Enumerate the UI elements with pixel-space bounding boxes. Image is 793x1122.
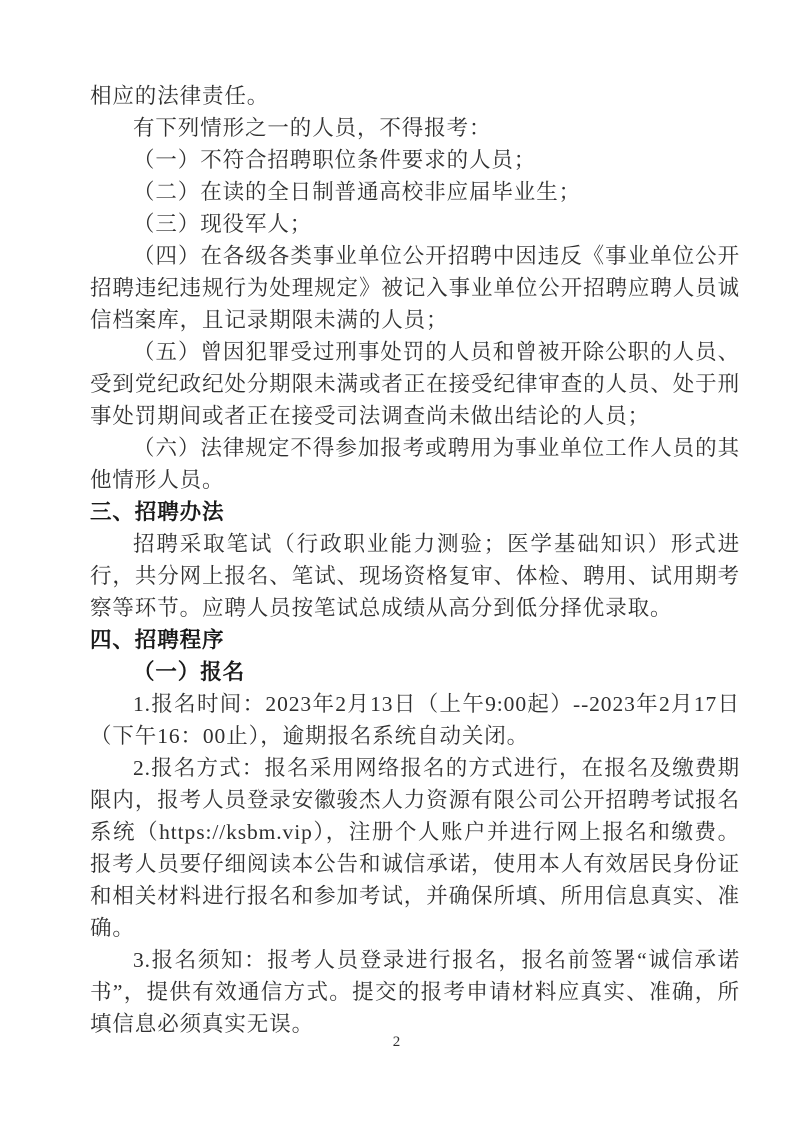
list-item: （三）现役军人； <box>90 208 740 240</box>
list-item: （二）在读的全日制普通高校非应届毕业生； <box>90 176 740 208</box>
paragraph: 有下列情形之一的人员，不得报考： <box>90 112 740 144</box>
list-item: （一）不符合招聘职位条件要求的人员； <box>90 144 740 176</box>
document-body: 相应的法律责任。 有下列情形之一的人员，不得报考： （一）不符合招聘职位条件要求… <box>90 80 740 1040</box>
document-page: 相应的法律责任。 有下列情形之一的人员，不得报考： （一）不符合招聘职位条件要求… <box>0 0 793 1122</box>
list-item: （六）法律规定不得参加报考或聘用为事业单位工作人员的其他情形人员。 <box>90 432 740 496</box>
section-heading-recruitment-method: 三、招聘办法 <box>90 496 740 528</box>
paragraph: 2.报名方式：报名采用网络报名的方式进行，在报名及缴费期限内，报考人员登录安徽骏… <box>90 752 740 944</box>
paragraph: 相应的法律责任。 <box>90 80 740 112</box>
paragraph: 1.报名时间：2023年2月13日（上午9:00起）--2023年2月17日（下… <box>90 688 740 752</box>
sub-heading-registration: （一）报名 <box>90 656 740 688</box>
paragraph: 3.报名须知：报考人员登录进行报名，报名前签署“诚信承诺书”，提供有效通信方式。… <box>90 944 740 1040</box>
paragraph: 招聘采取笔试（行政职业能力测验；医学基础知识）形式进行，共分网上报名、笔试、现场… <box>90 528 740 624</box>
section-heading-recruitment-procedure: 四、招聘程序 <box>90 624 740 656</box>
list-item: （五）曾因犯罪受过刑事处罚的人员和曾被开除公职的人员、受到党纪政纪处分期限未满或… <box>90 336 740 432</box>
page-number: 2 <box>0 1034 793 1051</box>
list-item: （四）在各级各类事业单位公开招聘中因违反《事业单位公开招聘违纪违规行为处理规定》… <box>90 240 740 336</box>
